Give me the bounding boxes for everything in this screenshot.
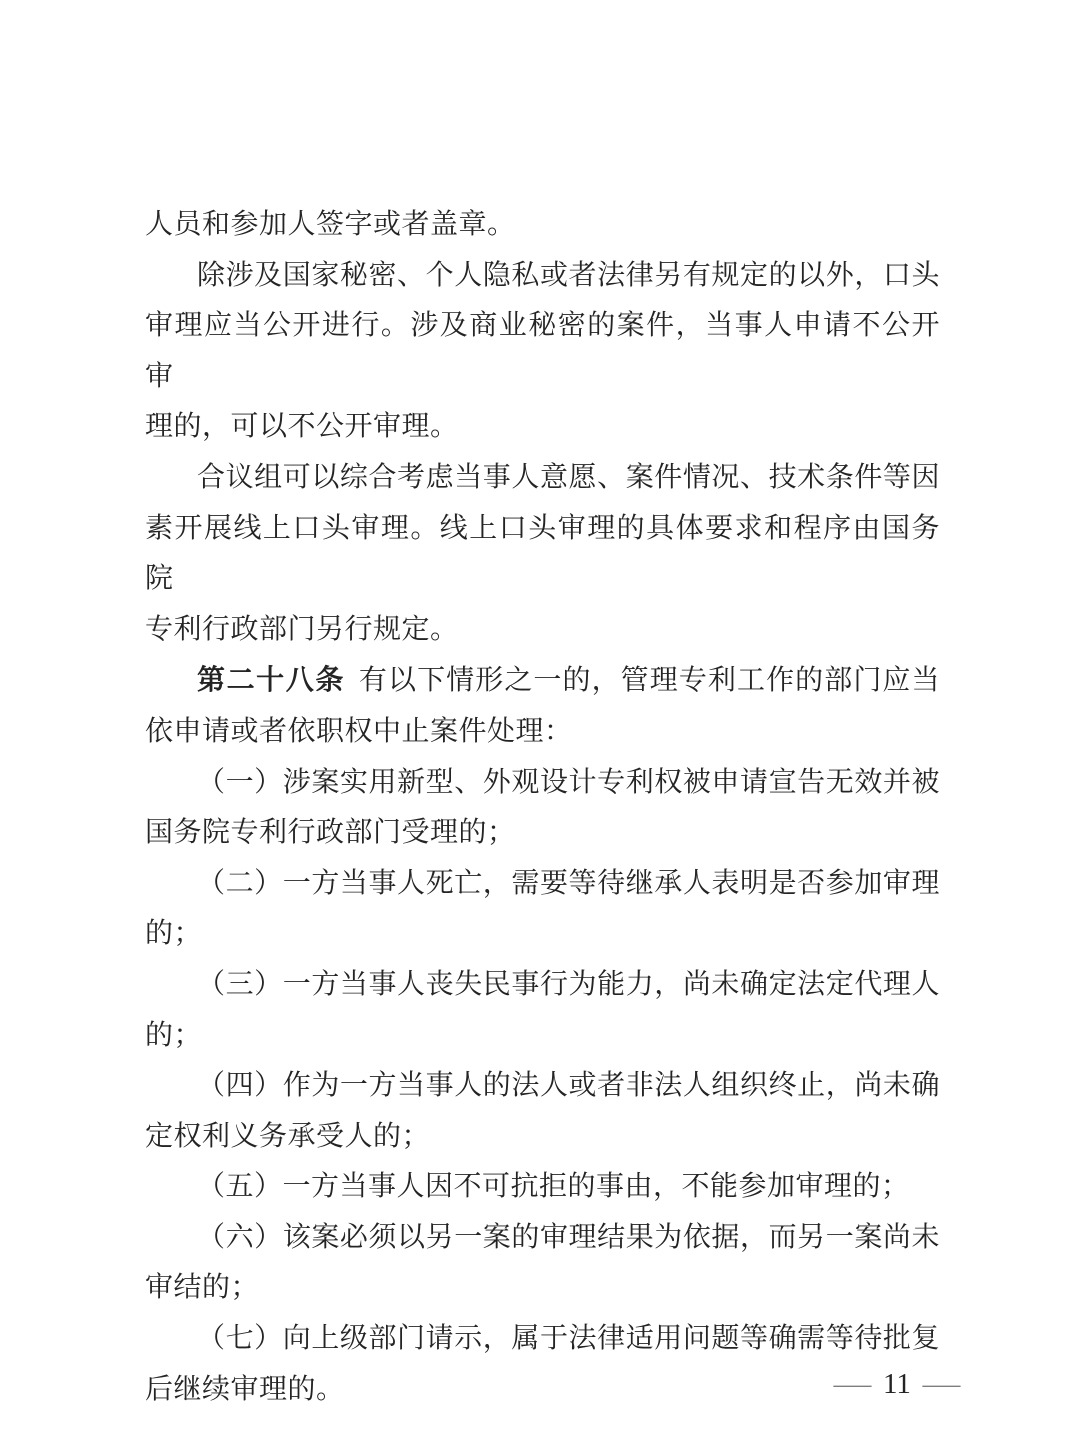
text-line-content: 人员和参加人签字或者盖章。	[145, 209, 516, 240]
text-line: 定权利义务承受人的；	[145, 1112, 940, 1163]
text-line: 理的，可以不公开审理。	[145, 402, 940, 453]
text-line-content: 理的，可以不公开审理。	[145, 411, 459, 442]
text-line-content: 除涉及国家秘密、个人隐私或者法律另有规定的以外，口头	[197, 260, 940, 291]
text-line-content: 定权利义务承受人的；	[145, 1121, 430, 1152]
text-line-content: 专利行政部门另行规定。	[145, 614, 459, 645]
text-line: 专利行政部门另行规定。	[145, 605, 940, 656]
text-line-content: 有以下情形之一的，管理专利工作的部门应当	[359, 665, 940, 696]
page-number: 11	[883, 1368, 911, 1401]
text-line-content: 素开展线上口头审理。线上口头审理的具体要求和程序由国务院	[145, 513, 940, 595]
text-line: 审结的；	[145, 1263, 940, 1314]
text-line-content: （二）一方当事人死亡，需要等待继承人表明是否参加审理	[197, 868, 940, 899]
text-line: 后继续审理的。	[145, 1365, 940, 1416]
text-line: （四）作为一方当事人的法人或者非法人组织终止，尚未确	[145, 1061, 940, 1112]
text-line: （五）一方当事人因不可抗拒的事由，不能参加审理的；	[145, 1162, 940, 1213]
page-footer: — 11 —	[838, 1368, 956, 1401]
text-line: 素开展线上口头审理。线上口头审理的具体要求和程序由国务院	[145, 504, 940, 605]
text-line-content: 的；	[145, 918, 202, 949]
text-block: 人员和参加人签字或者盖章。除涉及国家秘密、个人隐私或者法律另有规定的以外，口头审…	[145, 200, 940, 1415]
footer-right-dash: —	[923, 1368, 961, 1401]
footer-left-dash: —	[834, 1368, 872, 1401]
text-line-content: 的；	[145, 1020, 202, 1051]
text-line: 第二十八条有以下情形之一的，管理专利工作的部门应当	[145, 655, 940, 707]
text-line: 国务院专利行政部门受理的；	[145, 808, 940, 859]
text-line: 除涉及国家秘密、个人隐私或者法律另有规定的以外，口头	[145, 251, 940, 302]
text-line-content: 审理应当公开进行。涉及商业秘密的案件，当事人申请不公开审	[145, 310, 940, 392]
text-line: 合议组可以综合考虑当事人意愿、案件情况、技术条件等因	[145, 453, 940, 504]
text-line: 审理应当公开进行。涉及商业秘密的案件，当事人申请不公开审	[145, 301, 940, 402]
text-line-content: （七）向上级部门请示，属于法律适用问题等确需等待批复	[197, 1323, 940, 1354]
article-number-bold: 第二十八条	[197, 664, 345, 695]
text-line-content: （四）作为一方当事人的法人或者非法人组织终止，尚未确	[197, 1070, 940, 1101]
text-line-content: （五）一方当事人因不可抗拒的事由，不能参加审理的；	[197, 1171, 910, 1202]
document-page: 人员和参加人签字或者盖章。除涉及国家秘密、个人隐私或者法律另有规定的以外，口头审…	[0, 0, 1080, 1436]
text-line-content: （一）涉案实用新型、外观设计专利权被申请宣告无效并被	[197, 767, 940, 798]
text-line: （二）一方当事人死亡，需要等待继承人表明是否参加审理	[145, 859, 940, 910]
text-line-content: 国务院专利行政部门受理的；	[145, 817, 516, 848]
text-line-content: （三）一方当事人丧失民事行为能力，尚未确定法定代理人	[197, 969, 940, 1000]
text-line-content: （六）该案必须以另一案的审理结果为依据，而另一案尚未	[197, 1222, 940, 1253]
text-line: 的；	[145, 909, 940, 960]
text-line-content: 合议组可以综合考虑当事人意愿、案件情况、技术条件等因	[197, 462, 940, 493]
text-line: （三）一方当事人丧失民事行为能力，尚未确定法定代理人	[145, 960, 940, 1011]
text-line: （六）该案必须以另一案的审理结果为依据，而另一案尚未	[145, 1213, 940, 1264]
text-line: （一）涉案实用新型、外观设计专利权被申请宣告无效并被	[145, 758, 940, 809]
text-line: 的；	[145, 1011, 940, 1062]
text-line: 人员和参加人签字或者盖章。	[145, 200, 940, 251]
text-line-content: 审结的；	[145, 1272, 259, 1303]
text-line-content: 依申请或者依职权中止案件处理：	[145, 716, 573, 747]
text-line: （七）向上级部门请示，属于法律适用问题等确需等待批复	[145, 1314, 940, 1365]
text-line-content: 后继续审理的。	[145, 1374, 345, 1405]
text-line: 依申请或者依职权中止案件处理：	[145, 707, 940, 758]
